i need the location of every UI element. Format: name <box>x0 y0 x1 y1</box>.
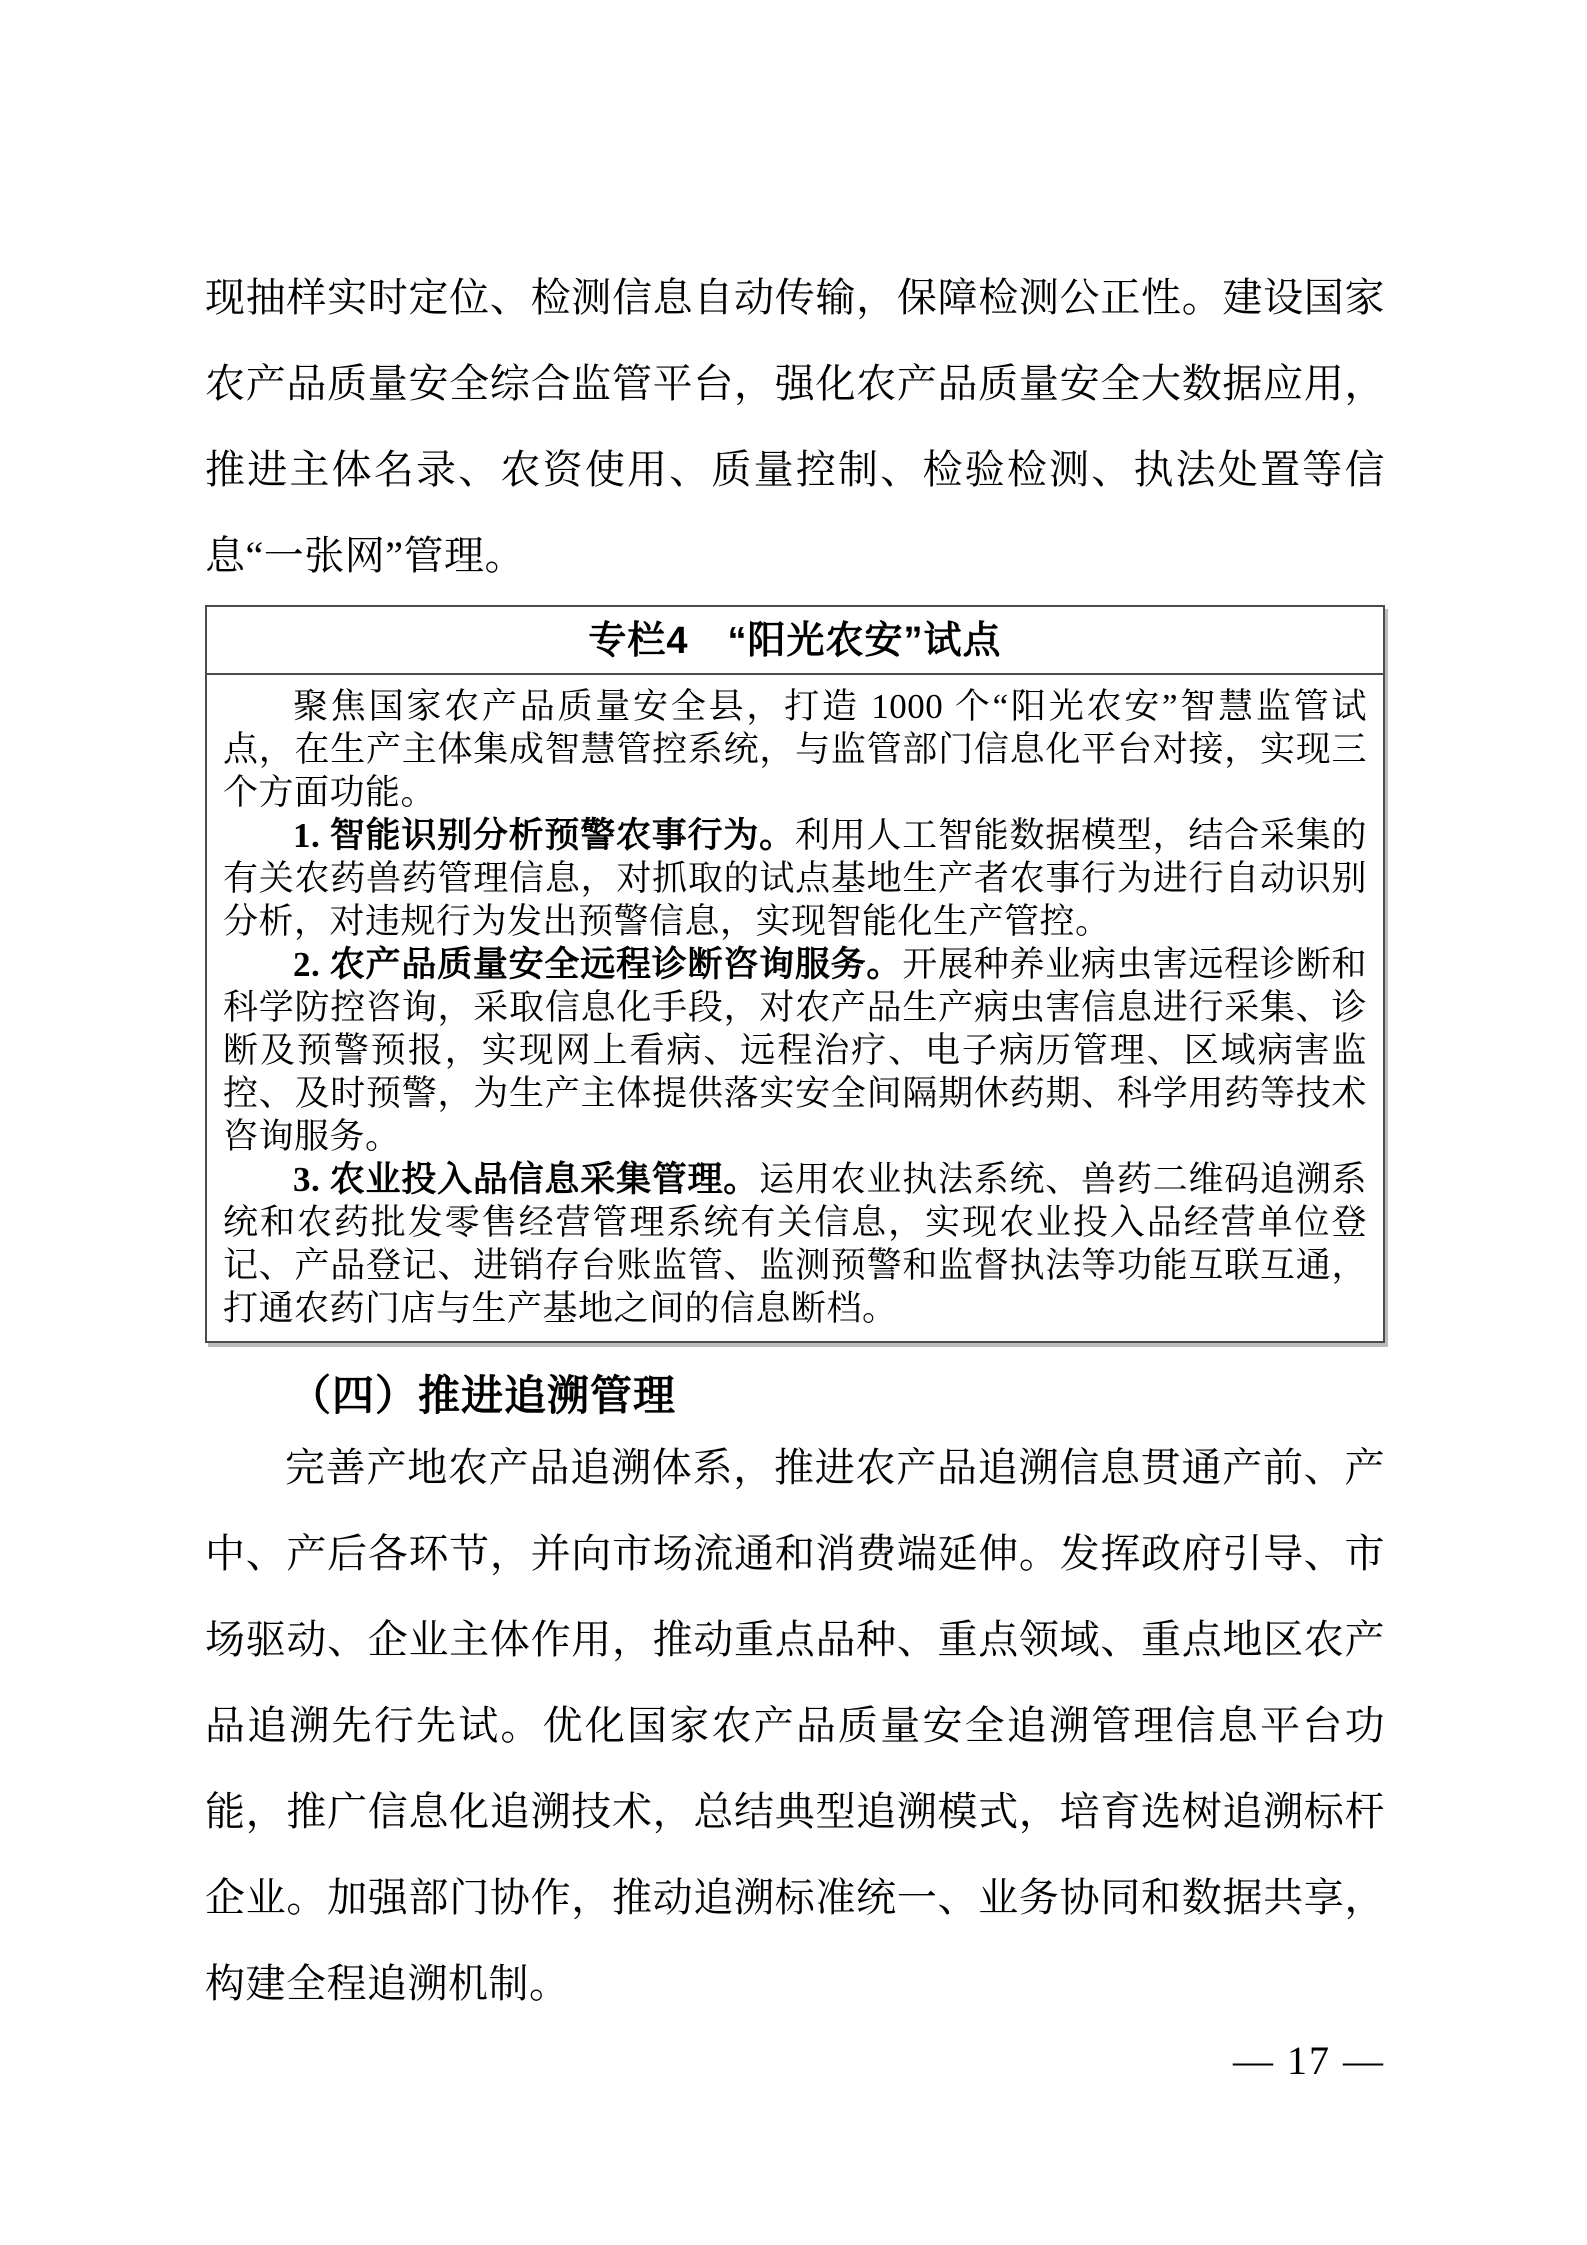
page-footer: — 17 — <box>205 2031 1385 2091</box>
callout-box-title: 专栏4 “阳光农安”试点 <box>207 615 1383 667</box>
callout-box-item-lead: 3. 农业投入品信息采集管理。 <box>293 1160 759 1199</box>
callout-box-item-lead: 1. 智能识别分析预警农事行为。 <box>293 816 795 855</box>
callout-box-item: 2. 农产品质量安全远程诊断咨询服务。开展种养业病虫害远程诊断和科学防控咨询，采… <box>223 943 1367 1158</box>
callout-box-item: 1. 智能识别分析预警农事行为。利用人工智能数据模型，结合采集的有关农药兽药管理… <box>223 814 1367 943</box>
callout-box-intro: 聚焦国家农产品质量安全县，打造 1000 个“阳光农安”智慧监管试点，在生产主体… <box>223 685 1367 814</box>
page-number: — 17 — <box>1233 2038 1385 2083</box>
callout-box: 专栏4 “阳光农安”试点 聚焦国家农产品质量安全县，打造 1000 个“阳光农安… <box>205 605 1385 1343</box>
callout-box-item-lead: 2. 农产品质量安全远程诊断咨询服务。 <box>293 945 902 984</box>
callout-box-body: 聚焦国家农产品质量安全县，打造 1000 个“阳光农安”智慧监管试点，在生产主体… <box>207 675 1383 1341</box>
section-paragraph: 完善产地农产品追溯体系，推进农产品追溯信息贯通产前、产中、产后各环节，并向市场流… <box>205 1425 1385 2027</box>
callout-box-item: 3. 农业投入品信息采集管理。运用农业执法系统、兽药二维码追溯系统和农药批发零售… <box>223 1158 1367 1330</box>
section-heading: （四）推进追溯管理 <box>205 1369 1385 1425</box>
callout-box-header: 专栏4 “阳光农安”试点 <box>207 607 1383 675</box>
document-page: 现抽样实时定位、检测信息自动传输，保障检测公正性。建设国家农产品质量安全综合监管… <box>0 0 1587 2245</box>
body-paragraph-continuation: 现抽样实时定位、检测信息自动传输，保障检测公正性。建设国家农产品质量安全综合监管… <box>205 255 1385 599</box>
